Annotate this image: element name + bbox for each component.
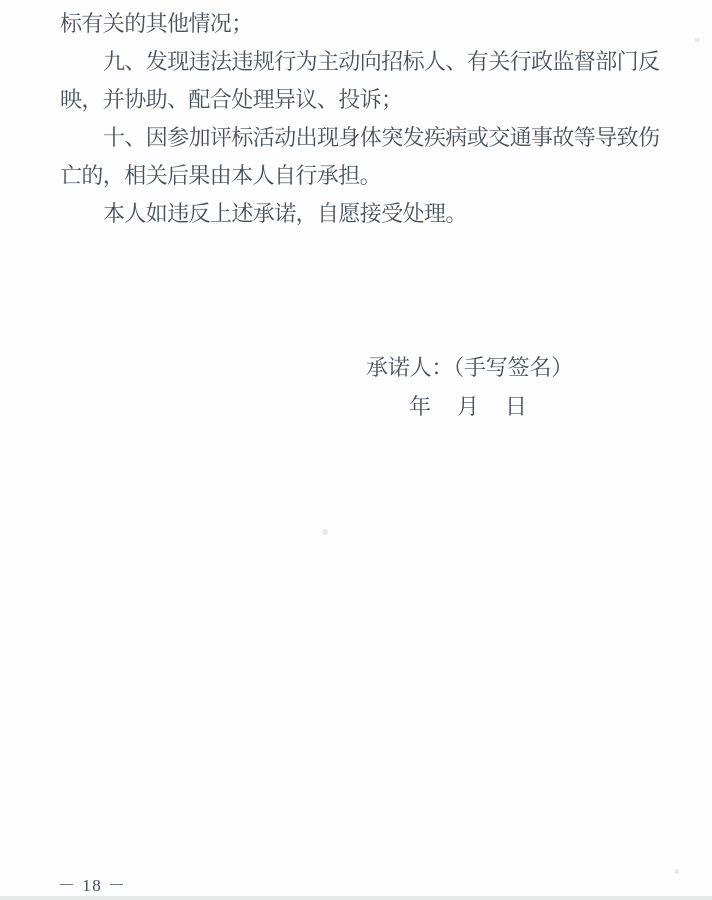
document-line: 标有关的其他情况； [60,5,662,43]
document-line: 映，并协助、配合处理异议、投诉； [60,81,662,119]
document-body: 标有关的其他情况； 九、发现违法违规行为主动向招标人、有关行政监督部门反 映，并… [60,5,662,233]
document-line: 九、发现违法违规行为主动向招标人、有关行政监督部门反 [60,43,662,81]
document-line: 十、因参加评标活动出现身体突发疾病或交通事故等导致伤 [60,119,662,157]
signature-block: 承诺人：（手写签名） 年 月 日 [366,348,573,426]
scan-artifact [695,38,700,42]
scan-artifact [674,869,679,874]
page-number: － 18 － [58,871,127,896]
document-line: 亡的，相关后果由本人自行承担。 [60,157,662,195]
document-line: 本人如违反上述承诺，自愿接受处理。 [60,195,662,233]
scanned-document-page: 标有关的其他情况； 九、发现违法违规行为主动向招标人、有关行政监督部门反 映，并… [0,0,712,900]
scan-artifact [322,529,328,535]
scan-edge-strip [0,896,712,900]
signer-label: 承诺人：（手写签名） [366,348,573,387]
date-line: 年 月 日 [366,387,573,426]
